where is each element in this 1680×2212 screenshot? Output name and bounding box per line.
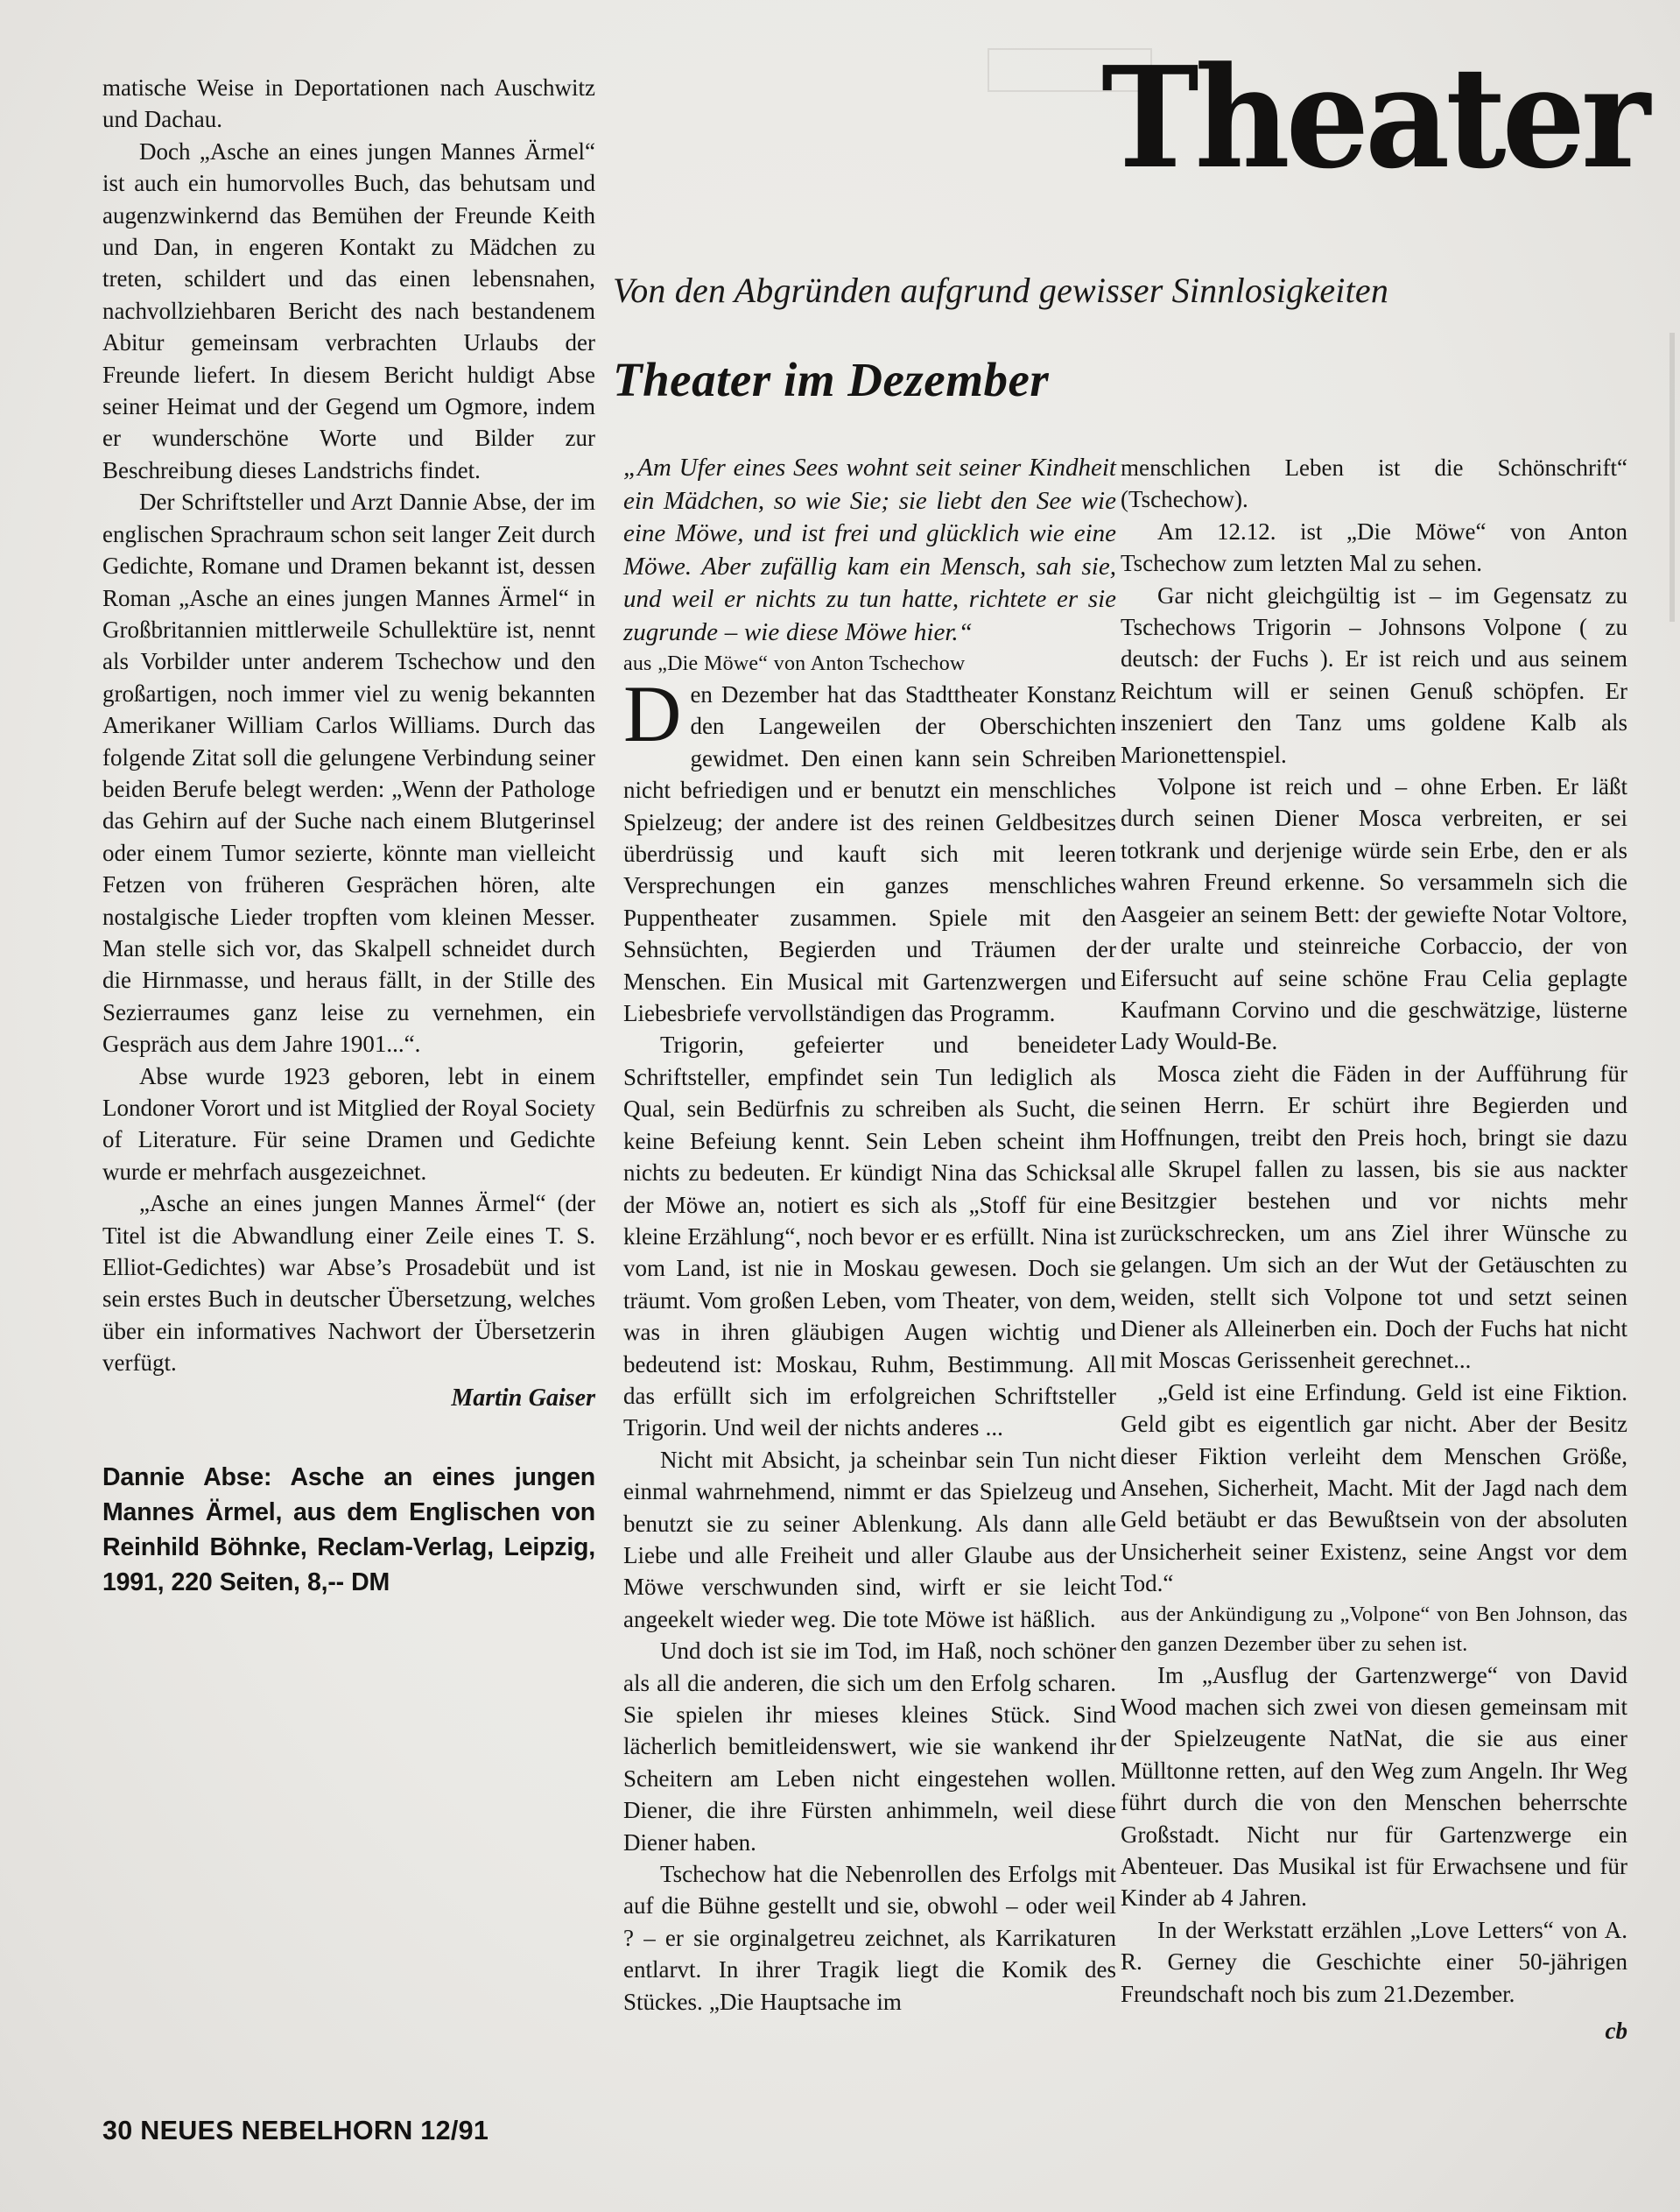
paragraph: „Geld ist eine Erfindung. Geld ist eine … <box>1121 1377 1627 1600</box>
author-byline: Martin Gaiser <box>102 1383 595 1414</box>
article-subtitle: Von den Abgründen aufgrund gewisser Sinn… <box>613 270 1541 311</box>
paragraph: Am 12.12. ist „Die Möwe“ von Anton Tsche… <box>1121 516 1627 580</box>
drop-cap: D <box>623 679 690 743</box>
paragraph: Im „Ausflug der Gartenzwerge“ von David … <box>1121 1659 1627 1914</box>
paragraph: Doch „Asche an eines jungen Mannes Ärmel… <box>102 136 595 486</box>
epigraph-quote: „Am Ufer eines Sees wohnt seit seiner Ki… <box>623 452 1116 649</box>
left-column: matische Weise in Deportationen nach Aus… <box>102 72 595 1600</box>
paragraph: Gar nicht gleichgültig ist – im Gegensat… <box>1121 580 1627 771</box>
paragraph: menschlichen Leben ist die Schönschrift“… <box>1121 452 1627 516</box>
paragraph: Tschechow hat die Nebenrollen des Erfolg… <box>623 1858 1116 2018</box>
paragraph: Trigorin, gefeierter und beneideter Schr… <box>623 1029 1116 1443</box>
paragraph: In der Werkstatt erzählen „Love Letters“… <box>1121 1914 1627 2010</box>
page-footer: 30 NEUES NEBELHORN 12/91 <box>102 2116 489 2146</box>
newspaper-page: Theater Von den Abgründen aufgrund gewis… <box>0 0 1680 2212</box>
paragraph-text: en Dezember hat das Stadttheater Konstan… <box>623 681 1116 1026</box>
section-heading: Theater <box>1101 42 1646 195</box>
book-citation: Dannie Abse: Asche an eines jungen Manne… <box>102 1460 595 1600</box>
paragraph: Mosca zieht die Fäden in der Aufführung … <box>1121 1058 1627 1377</box>
paragraph: „Asche an eines jungen Mannes Ärmel“ (de… <box>102 1187 595 1378</box>
epigraph-source: aus „Die Möwe“ von Anton Tschechow <box>623 649 1116 679</box>
paragraph: Den Dezember hat das Stadttheater Konsta… <box>623 679 1116 1029</box>
right-column: menschlichen Leben ist die Schönschrift“… <box>1121 452 1627 2047</box>
paragraph: Nicht mit Absicht, ja scheinbar sein Tun… <box>623 1444 1116 1635</box>
paragraph: matische Weise in Deportationen nach Aus… <box>102 72 595 136</box>
scan-edge-smudge <box>1669 333 1675 622</box>
paragraph: Und doch ist sie im Tod, im Haß, noch sc… <box>623 1635 1116 1858</box>
middle-column: „Am Ufer eines Sees wohnt seit seiner Ki… <box>623 452 1116 2018</box>
author-initials: cb <box>1121 2015 1627 2046</box>
paragraph: Der Schriftsteller und Arzt Dannie Abse,… <box>102 486 595 1060</box>
paragraph: Abse wurde 1923 geboren, lebt in einem L… <box>102 1060 595 1188</box>
paragraph: Volpone ist reich und – ohne Erben. Er l… <box>1121 771 1627 1058</box>
announcement-source: aus der Ankündigung zu „Volpone“ von Ben… <box>1121 1600 1627 1659</box>
article-title: Theater im Dezember <box>613 352 1049 407</box>
